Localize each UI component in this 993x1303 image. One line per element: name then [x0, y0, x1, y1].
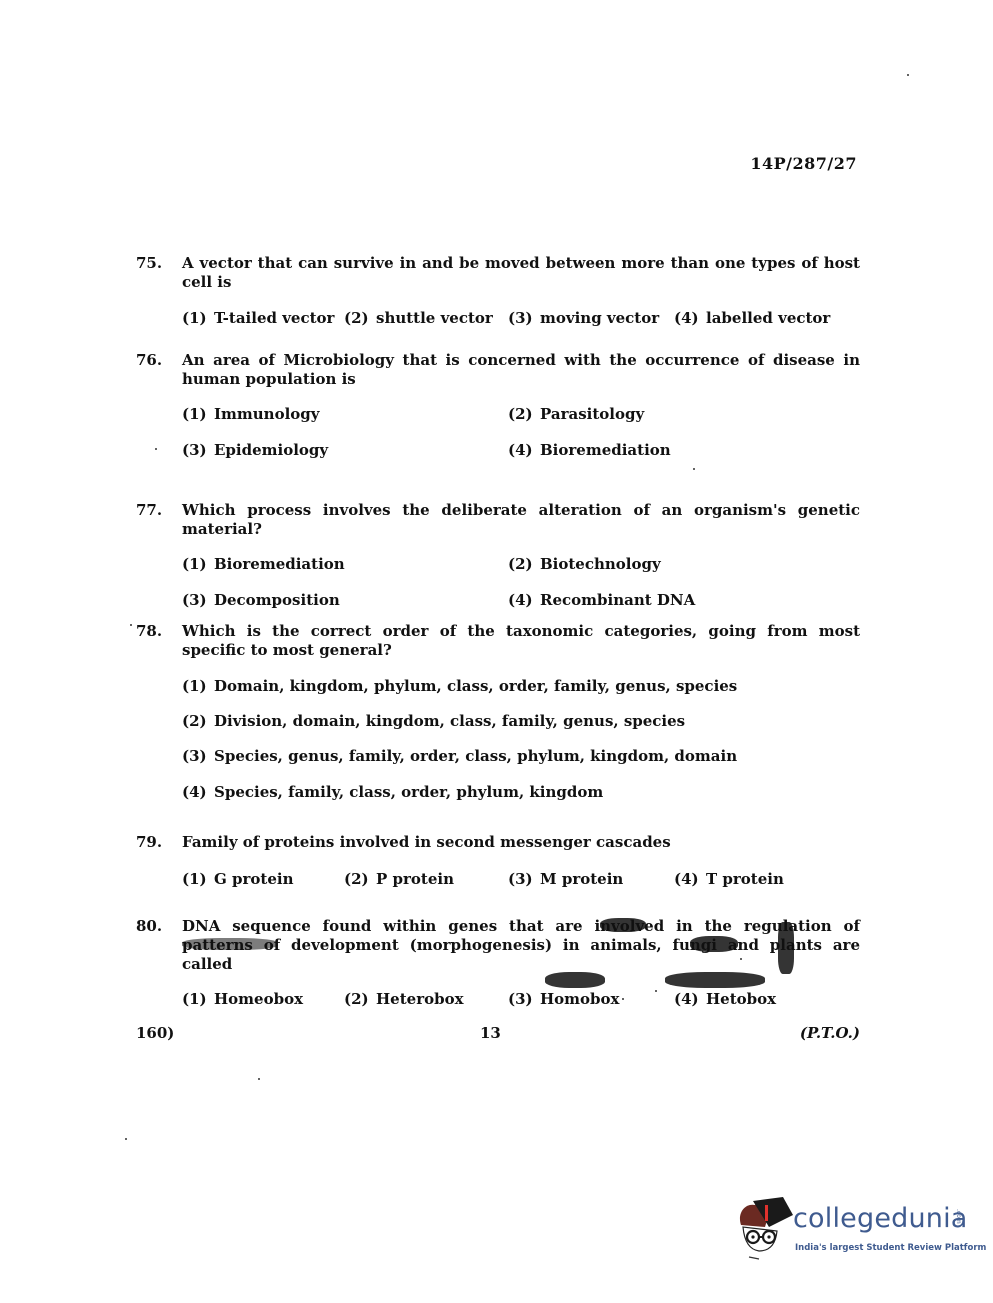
option-1: (1)G protein	[182, 870, 294, 889]
option-3: (3)Homobox	[508, 990, 620, 1009]
scan-speck	[155, 448, 157, 450]
option-4: (4)labelled vector	[674, 309, 830, 328]
scan-speck	[655, 990, 657, 992]
options: (1)Homeobox (2)Heterobox (3)Homobox (4)H…	[182, 990, 860, 1014]
option-4: (4)Species, family, class, order, phylum…	[182, 783, 603, 802]
brand-suffix: .com	[955, 1209, 962, 1224]
scan-speck	[740, 958, 742, 960]
option-3: (3)Species, genus, family, order, class,…	[182, 747, 737, 766]
option-4: (4)T protein	[674, 870, 784, 889]
footer-left-code: 160)	[136, 1024, 174, 1042]
scan-smudge	[600, 918, 646, 932]
option-1: (1)T-tailed vector	[182, 309, 334, 328]
options: (1)G protein (2)P protein (3)M protein (…	[182, 870, 860, 894]
scan-speck	[258, 1078, 260, 1080]
option-4: (4)Recombinant DNA	[508, 591, 695, 610]
question-78: 78. Which is the correct order of the ta…	[136, 622, 860, 807]
option-3: (3)moving vector	[508, 309, 659, 328]
scan-speck	[907, 74, 909, 76]
scan-speck	[125, 1138, 127, 1140]
page-number: 13	[480, 1024, 501, 1042]
option-1: (1)Domain, kingdom, phylum, class, order…	[182, 677, 737, 696]
question-number: 76.	[136, 351, 180, 370]
question-79: 79. Family of proteins involved in secon…	[136, 833, 860, 894]
question-number: 80.	[136, 917, 180, 936]
paper-code: 14P/287/27	[750, 154, 857, 173]
option-2: (2)Biotechnology	[508, 555, 661, 574]
option-1: (1)Homeobox	[182, 990, 303, 1009]
question-76: 76. An area of Microbiology that is conc…	[136, 351, 860, 485]
brand-tagline: India's largest Student Review Platform	[795, 1243, 986, 1253]
scan-speck	[130, 624, 132, 626]
option-2: (2)Division, domain, kingdom, class, fam…	[182, 712, 685, 731]
pto-label: (P.T.O.)	[800, 1024, 860, 1042]
option-4: (4)Hetobox	[674, 990, 776, 1009]
scan-smudge	[665, 972, 765, 988]
question-text: Which process involves the deliberate al…	[182, 501, 860, 539]
exam-page: 14P/287/27 75. A vector that can survive…	[0, 0, 993, 1303]
mascot-icon	[735, 1195, 795, 1267]
scan-speck	[693, 468, 695, 470]
scan-smudge	[778, 922, 794, 974]
question-number: 79.	[136, 833, 180, 852]
brand-name: collegedunia	[793, 1203, 968, 1234]
option-1: (1)Immunology	[182, 405, 319, 424]
option-1: (1)Bioremediation	[182, 555, 345, 574]
option-4: (4)Bioremediation	[508, 441, 671, 460]
option-3: (3)Epidemiology	[182, 441, 328, 460]
question-text: A vector that can survive in and be move…	[182, 254, 860, 292]
question-80: 80. DNA sequence found within genes that…	[136, 917, 860, 1014]
options: (1)Domain, kingdom, phylum, class, order…	[182, 677, 860, 807]
scan-speck	[622, 998, 624, 1000]
options: (1)Immunology (2)Parasitology (3)Epidemi…	[182, 405, 860, 485]
question-text: Which is the correct order of the taxono…	[182, 622, 860, 660]
question-text: An area of Microbiology that is concerne…	[182, 351, 860, 389]
question-number: 77.	[136, 501, 180, 520]
question-75: 75. A vector that can survive in and be …	[136, 254, 860, 333]
option-2: (2)shuttle vector	[344, 309, 493, 328]
scan-smudge	[545, 972, 605, 988]
option-2: (2)Heterobox	[344, 990, 464, 1009]
scan-smudge	[182, 938, 278, 950]
question-text: Family of proteins involved in second me…	[182, 833, 860, 852]
option-2: (2)Parasitology	[508, 405, 644, 424]
option-2: (2)P protein	[344, 870, 454, 889]
option-3: (3)Decomposition	[182, 591, 340, 610]
option-3: (3)M protein	[508, 870, 623, 889]
question-number: 75.	[136, 254, 180, 273]
question-77: 77. Which process involves the deliberat…	[136, 501, 860, 635]
question-number: 78.	[136, 622, 180, 641]
options: (1)T-tailed vector (2)shuttle vector (3)…	[182, 309, 860, 333]
page-footer: 160) 13 (P.T.O.)	[136, 1024, 860, 1044]
question-text: DNA sequence found within genes that are…	[182, 917, 860, 974]
scan-smudge	[690, 936, 738, 952]
collegedunia-logo: collegedunia .com India's largest Studen…	[735, 1195, 965, 1270]
